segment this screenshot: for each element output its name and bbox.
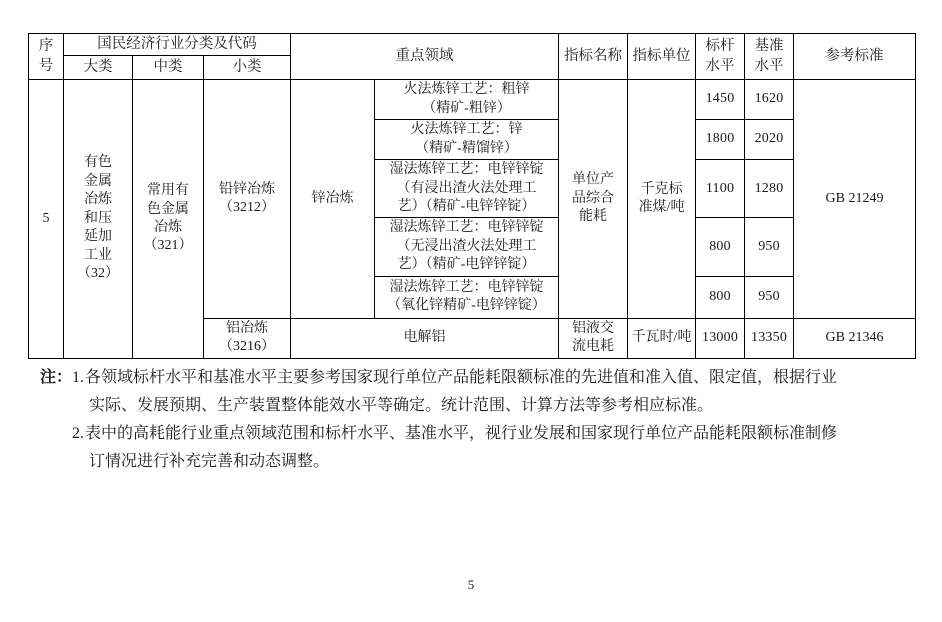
table-row-zinc-1: 5 有色 金属 冶炼 和压 延加 工业 （32） 常用有 色金属 冶炼 （321…	[29, 80, 916, 120]
cell-process-2: 火法炼锌工艺：锌 （精矿-精馏锌）	[375, 120, 559, 160]
cell-indicator-unit-zinc: 千克标 准煤/吨	[628, 80, 696, 319]
cell-benchmark-3: 1100	[696, 160, 745, 218]
cell-process-3: 湿法炼锌工艺：电锌锌锭 （有浸出渣火法处理工 艺）（精矿-电锌锌锭）	[375, 160, 559, 218]
cell-benchmark-5: 800	[696, 276, 745, 318]
cell-benchmark-2: 1800	[696, 120, 745, 160]
note-item-2: 2.表中的高耗能行业重点领域范围和标杆水平、基准水平，视行业发展和国家现行单位产…	[72, 420, 920, 476]
cell-benchmark-aluminum: 13000	[696, 318, 745, 358]
note-number-2: 2.	[72, 425, 84, 442]
cell-reference-zinc: GB 21249	[794, 80, 916, 319]
cell-major-class: 有色 金属 冶炼 和压 延加 工业 （32）	[64, 80, 133, 359]
cell-baseline-1: 1620	[745, 80, 794, 120]
cell-benchmark-1: 1450	[696, 80, 745, 120]
cell-area-group-zinc: 锌冶炼	[291, 80, 375, 319]
cell-baseline-aluminum: 13350	[745, 318, 794, 358]
cell-baseline-5: 950	[745, 276, 794, 318]
cell-area-aluminum: 电解铝	[291, 318, 559, 358]
note-number-1: 1.	[72, 369, 84, 386]
header-key-area: 重点领域	[291, 34, 559, 80]
cell-indicator-name-zinc: 单位产 品综合 能耗	[559, 80, 628, 319]
header-row-1: 序 号 国民经济行业分类及代码 重点领域 指标名称 指标单位 标杆 水平 基准 …	[29, 34, 916, 56]
header-major-class: 大类	[64, 56, 133, 80]
cell-indicator-unit-aluminum: 千瓦时/吨	[628, 318, 696, 358]
header-classification: 国民经济行业分类及代码	[64, 34, 291, 56]
energy-standards-table: 序 号 国民经济行业分类及代码 重点领域 指标名称 指标单位 标杆 水平 基准 …	[28, 33, 916, 359]
header-indicator-name: 指标名称	[559, 34, 628, 80]
cell-process-4: 湿法炼锌工艺：电锌锌锭 （无浸出渣火法处理工 艺）（精矿-电锌锌锭）	[375, 218, 559, 276]
cell-minor-class-zinc: 铅锌冶炼 （3212）	[204, 80, 291, 319]
note-item-1: 1.各领域标杆水平和基准水平主要参考国家现行单位产品能耗限额标准的先进值和准入值…	[72, 364, 920, 420]
cell-baseline-4: 950	[745, 218, 794, 276]
header-benchmark: 标杆 水平	[696, 34, 745, 80]
cell-baseline-2: 2020	[745, 120, 794, 160]
header-minor-class: 小类	[204, 56, 291, 80]
cell-seq-number: 5	[29, 80, 64, 359]
notes-list: 1.各领域标杆水平和基准水平主要参考国家现行单位产品能耗限额标准的先进值和准入值…	[72, 364, 920, 476]
header-seq: 序 号	[29, 34, 64, 80]
cell-indicator-name-aluminum: 铝液交 流电耗	[559, 318, 628, 358]
cell-minor-class-aluminum: 铝冶炼 （3216）	[204, 318, 291, 358]
note-text-1: 各领域标杆水平和基准水平主要参考国家现行单位产品能耗限额标准的先进值和准入值、限…	[85, 369, 837, 414]
notes-label: 注：	[40, 364, 72, 392]
note-text-2: 表中的高耗能行业重点领域范围和标杆水平、基准水平，视行业发展和国家现行单位产品能…	[85, 425, 837, 470]
cell-process-1: 火法炼锌工艺：粗锌 （精矿-粗锌）	[375, 80, 559, 120]
page-number: 5	[0, 577, 942, 593]
cell-reference-aluminum: GB 21346	[794, 318, 916, 358]
header-indicator-unit: 指标单位	[628, 34, 696, 80]
notes-section: 注： 1.各领域标杆水平和基准水平主要参考国家现行单位产品能耗限额标准的先进值和…	[40, 364, 920, 476]
document-page: 序 号 国民经济行业分类及代码 重点领域 指标名称 指标单位 标杆 水平 基准 …	[0, 0, 942, 622]
cell-benchmark-4: 800	[696, 218, 745, 276]
header-medium-class: 中类	[133, 56, 204, 80]
cell-baseline-3: 1280	[745, 160, 794, 218]
cell-medium-class: 常用有 色金属 冶炼 （321）	[133, 80, 204, 359]
cell-process-5: 湿法炼锌工艺：电锌锌锭 （氧化锌精矿-电锌锌锭）	[375, 276, 559, 318]
header-reference: 参考标准	[794, 34, 916, 80]
header-baseline: 基准 水平	[745, 34, 794, 80]
